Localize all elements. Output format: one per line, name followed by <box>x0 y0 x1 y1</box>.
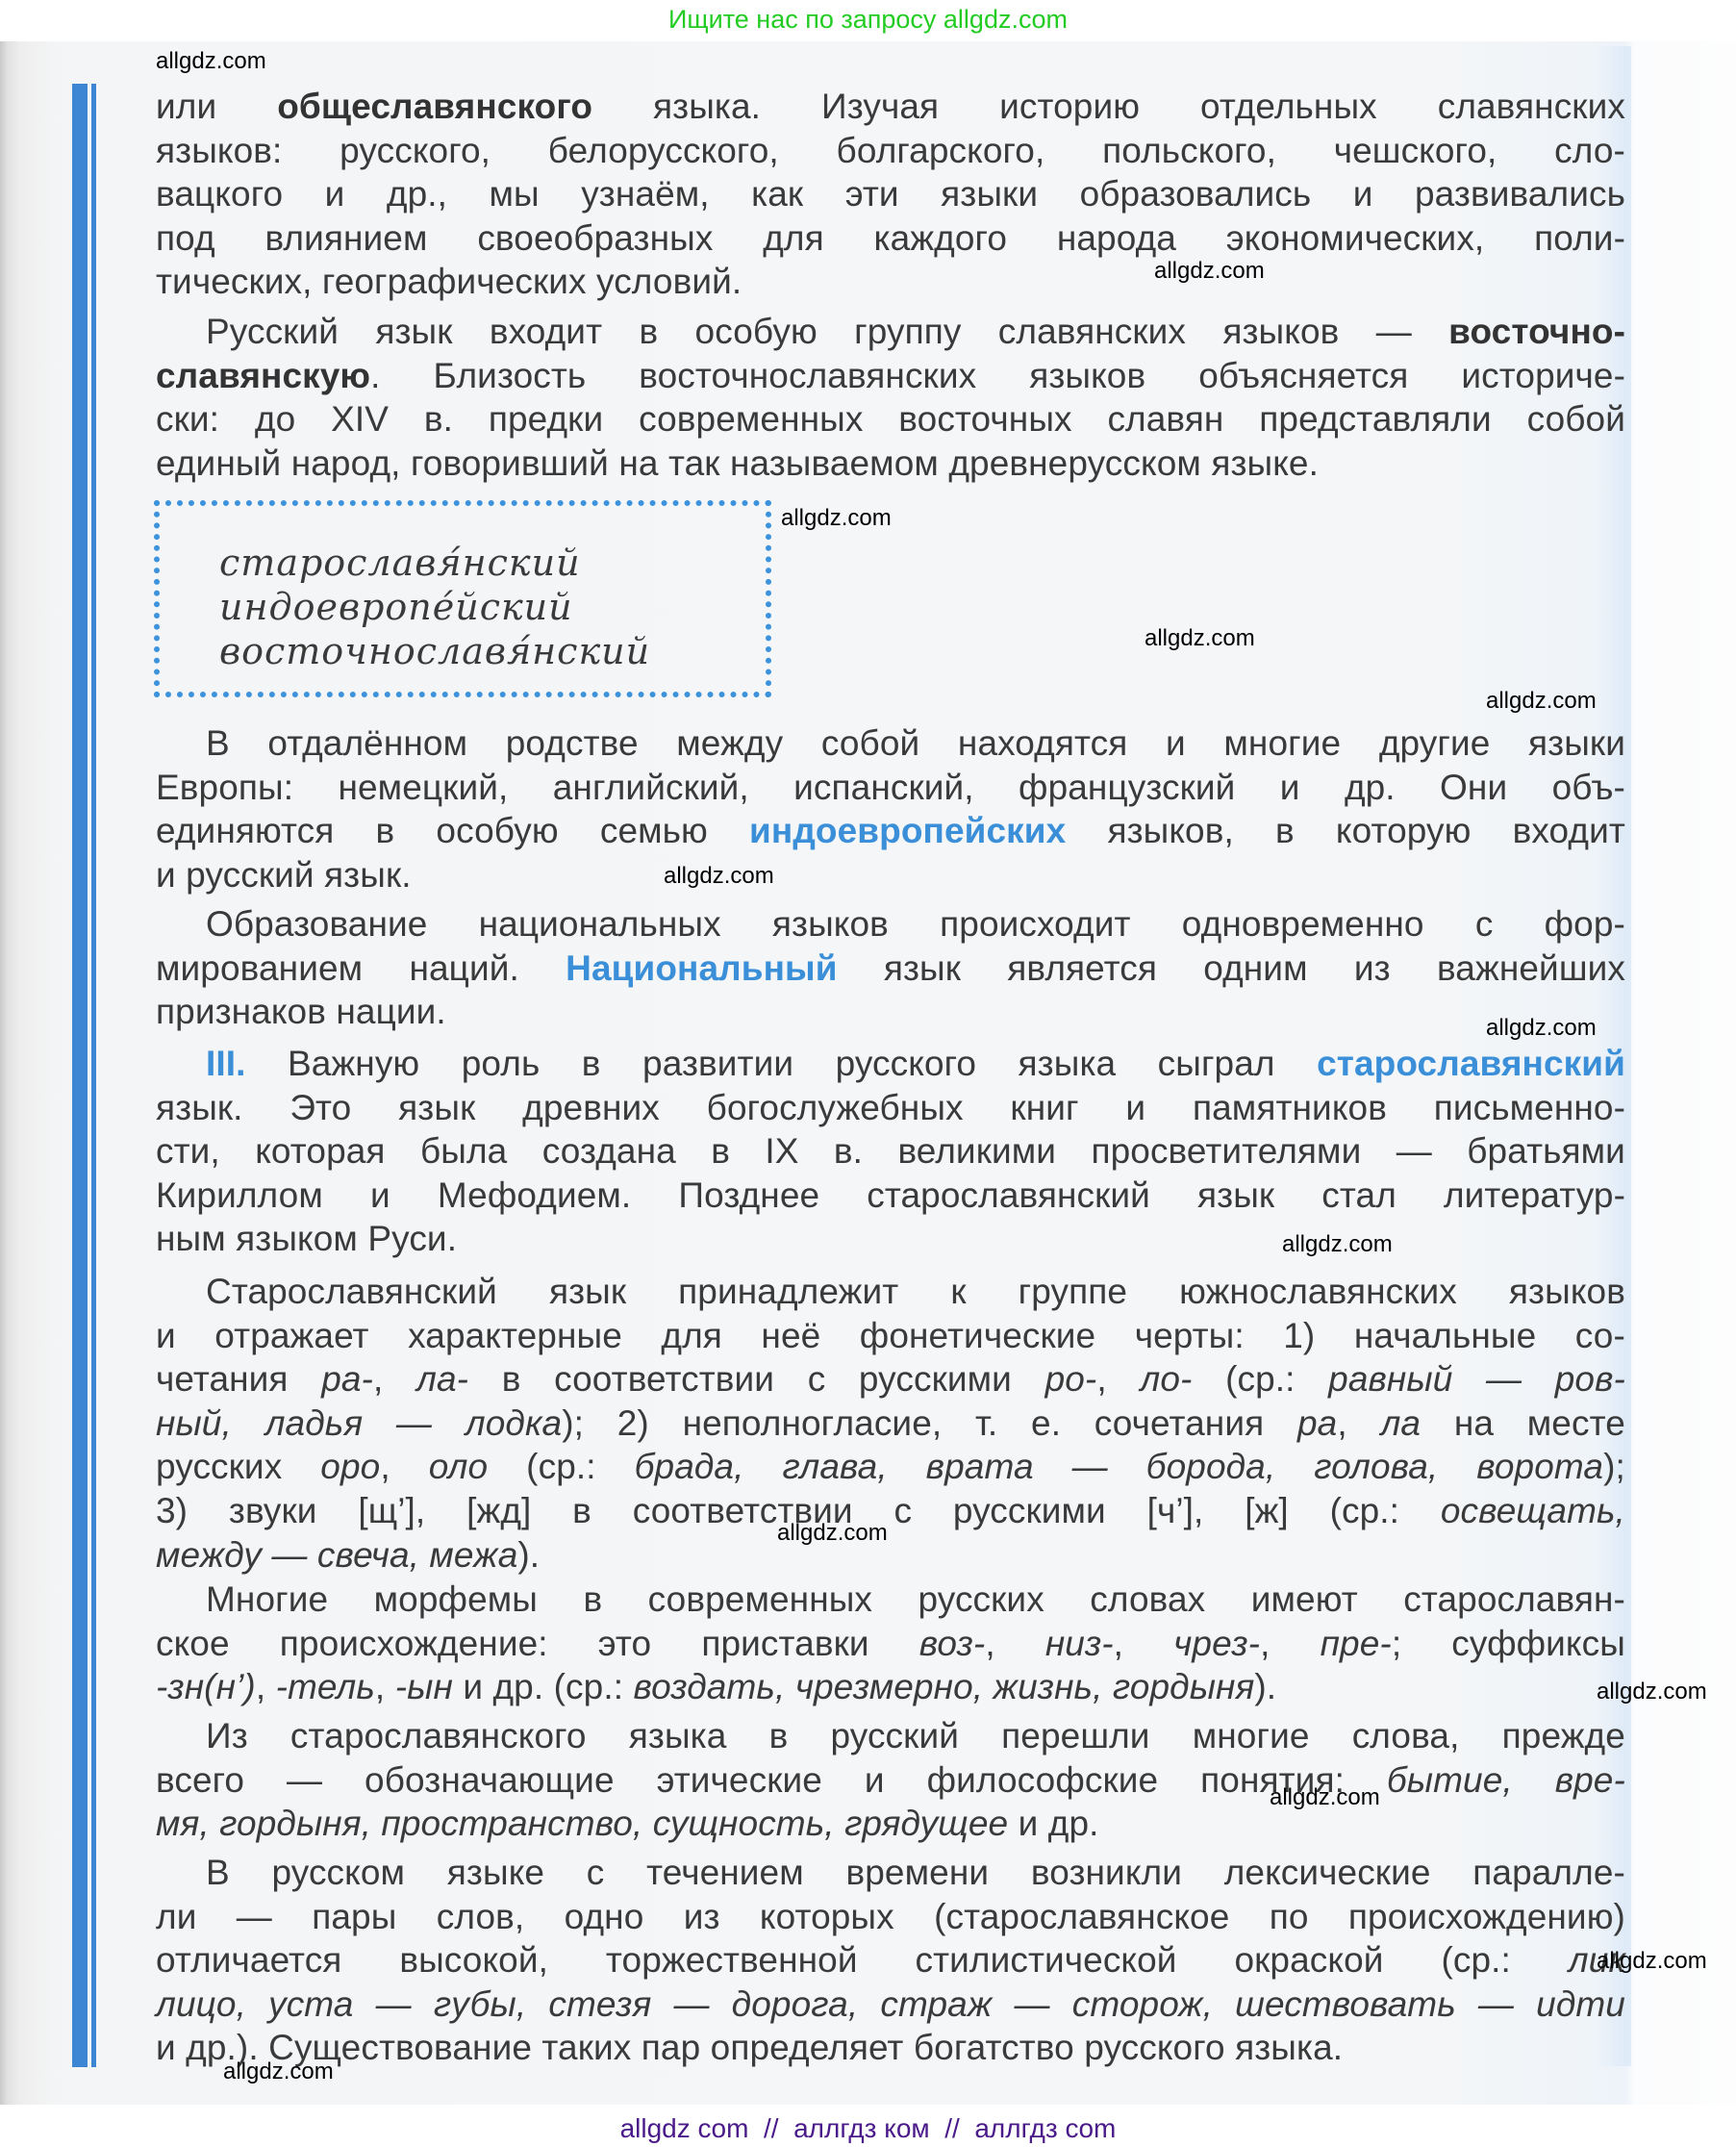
text-line: Многие морфемы в современных русских сло… <box>206 1578 1625 1622</box>
text-line: мя, гордыня, пространство, сущность, гря… <box>156 1802 1625 1846</box>
watermark-text: allgdz.com <box>1270 1784 1380 1811</box>
text-line: и отражает характерные для неё фонетичес… <box>156 1314 1625 1358</box>
text-line: Кириллом и Мефодием. Позднее старославян… <box>156 1174 1625 1218</box>
text-line: четания ра-, ла- в соответствии с русски… <box>156 1357 1625 1402</box>
watermark-text: allgdz.com <box>781 505 892 532</box>
text-line: единяются в особую семью индоевропейских… <box>156 809 1625 853</box>
text-line: славянскую. Близость восточнославянских … <box>156 354 1625 398</box>
text-line: ли — пары слов, одно из которых (старосл… <box>156 1895 1625 1939</box>
text-line: под влиянием своеобразных для каждого на… <box>156 216 1625 261</box>
text-line: Из старославянского языка в русский пере… <box>206 1714 1625 1758</box>
text-line: Образование национальных языков происход… <box>206 902 1625 947</box>
text-line: мированием наций. Национальный язык явля… <box>156 947 1625 991</box>
text-line: ный, ладья — лодка); 2) неполногласие, т… <box>156 1402 1625 1446</box>
watermark-text: allgdz.com <box>156 48 266 75</box>
watermark-text: allgdz.com <box>664 863 774 890</box>
watermark-text: allgdz.com <box>1597 1948 1707 1975</box>
text-line: признаков нации. <box>156 990 1625 1034</box>
text-line: и др.). Существование таких пар определя… <box>156 2026 1625 2070</box>
text-line: и русский язык. <box>156 853 1625 897</box>
watermark-text: allgdz.com <box>223 2059 334 2085</box>
text-line: III. Важную роль в развитии русского язы… <box>206 1042 1625 1086</box>
text-line: лицо, уста — губы, стезя — дорога, страж… <box>156 1983 1625 2027</box>
text-line: сти, которая была создана в IX в. велики… <box>156 1129 1625 1174</box>
watermark-text: allgdz.com <box>1486 1015 1597 1042</box>
margin-bar-thick <box>72 84 88 2067</box>
text-line: между — свеча, межа). <box>156 1533 1625 1578</box>
vocab-term: индоевропе́йский <box>219 585 573 629</box>
text-line: 3) звуки [щ’], [жд] в соответствии с рус… <box>156 1489 1625 1533</box>
text-line: Русский язык входит в особую группу слав… <box>206 310 1625 354</box>
text-line: -зн(н’), -тель, -ын и др. (ср.: воздать,… <box>156 1665 1625 1709</box>
watermark-text: allgdz.com <box>1282 1231 1393 1258</box>
margin-bar-thin <box>91 84 96 2067</box>
text-line: Европы: немецкий, английский, испанский,… <box>156 766 1625 810</box>
text-line: В русском языке с течением времени возни… <box>206 1851 1625 1895</box>
text-line: язык. Это язык древних богослужебных кни… <box>156 1086 1625 1130</box>
text-line: вацкого и др., мы узнаём, как эти языки … <box>156 172 1625 216</box>
text-line: ское происхождение: это приставки воз-, … <box>156 1622 1625 1666</box>
watermark-text: allgdz.com <box>1486 688 1597 715</box>
watermark-text: allgdz.com <box>1154 258 1265 285</box>
text-line: ски: до XIV в. предки современных восточ… <box>156 397 1625 442</box>
text-line: тических, географических условий. <box>156 260 1625 304</box>
watermark-text: allgdz.com <box>1145 625 1255 652</box>
text-line: единый народ, говоривший на так называем… <box>156 442 1625 486</box>
text-line: языков: русского, белорусского, болгарск… <box>156 129 1625 173</box>
text-line: В отдалённом родстве между собой находят… <box>206 721 1625 766</box>
text-line: ным языком Руси. <box>156 1217 1625 1261</box>
watermark-text: allgdz.com <box>777 1520 888 1547</box>
text-line: всего — обозначающие этические и философ… <box>156 1758 1625 1803</box>
text-line: Старославянский язык принадлежит к групп… <box>206 1270 1625 1314</box>
text-line: отличается высокой, торжественной стилис… <box>156 1938 1625 1983</box>
text-line: или общеславянского языка. Изучая истори… <box>156 85 1625 129</box>
vocab-term: восточнославя́нский <box>219 629 650 673</box>
text-line: русских оро, оло (ср.: брада, глава, вра… <box>156 1445 1625 1489</box>
vocab-term: старославя́нский <box>219 541 581 585</box>
top-banner: Ищите нас по запросу allgdz.com <box>0 0 1736 40</box>
watermark-text: allgdz.com <box>1597 1679 1707 1705</box>
bottom-banner: allgdz com // аллгдз ком // аллгдз com <box>0 2110 1736 2147</box>
